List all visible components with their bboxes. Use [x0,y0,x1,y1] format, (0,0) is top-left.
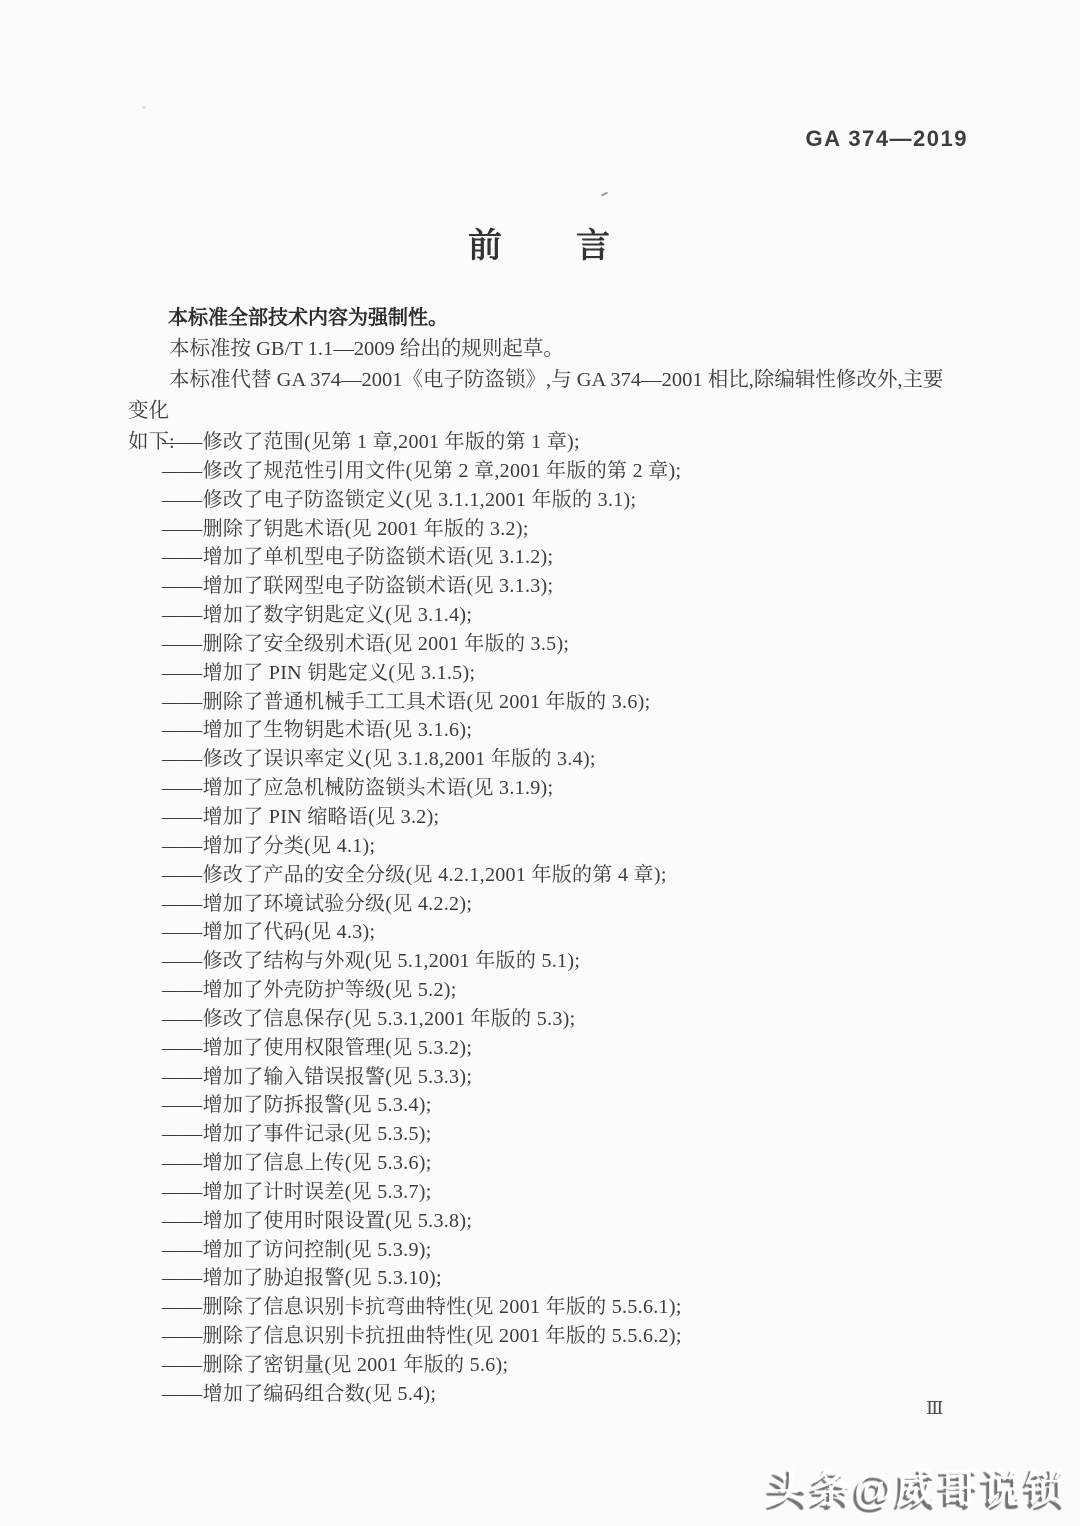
standard-code: GA 374—2019 [806,126,968,152]
change-item: ——增加了应急机械防盗锁头术语(见 3.1.9); [128,774,988,803]
change-item: ——修改了结构与外观(见 5.1,2001 年版的 5.1); [128,947,988,976]
change-item: ——增加了 PIN 缩略语(见 3.2); [128,803,988,832]
change-item: ——增加了使用权限管理(见 5.3.2); [128,1034,988,1063]
change-item: ——删除了信息识别卡抗扭曲特性(见 2001 年版的 5.5.6.2); [128,1322,988,1351]
change-item: ——修改了误识率定义(见 3.1.8,2001 年版的 3.4); [128,745,988,774]
change-item: ——增加了生物钥匙术语(见 3.1.6); [128,716,988,745]
change-list: ——修改了范围(见第 1 章,2001 年版的第 1 章);——修改了规范性引用… [128,428,988,1409]
intro-paragraph: 本标准代替 GA 374—2001《电子防盗锁》,与 GA 374—2001 相… [128,365,954,427]
change-item: ——修改了电子防盗锁定义(见 3.1.1,2001 年版的 3.1); [128,486,988,515]
change-item: ——增加了分类(见 4.1); [128,832,988,861]
change-item: ——增加了数字钥匙定义(见 3.1.4); [128,601,988,630]
change-item: ——增加了使用时限设置(见 5.3.8); [128,1207,988,1236]
change-item: ——增加了访问控制(见 5.3.9); [128,1236,988,1265]
scan-artifact [601,191,608,196]
change-item: ——增加了计时误差(见 5.3.7); [128,1178,988,1207]
intro-paragraph: 本标准全部技术内容为强制性。 [128,303,954,334]
page-title: 前 言 [0,218,1080,267]
change-item: ——增加了外壳防护等级(见 5.2); [128,976,988,1005]
change-item: ——删除了钥匙术语(见 2001 年版的 3.2); [128,515,988,544]
change-item: ——增加了编码组合数(见 5.4); [128,1380,988,1409]
change-item: ——修改了范围(见第 1 章,2001 年版的第 1 章); [128,428,988,457]
watermark: 头条@威哥说锁 [768,1457,1068,1514]
change-item: ——增加了 PIN 钥匙定义(见 3.1.5); [128,659,988,688]
change-item: ——增加了单机型电子防盗锁术语(见 3.1.2); [128,543,988,572]
change-item: ——增加了输入错误报警(见 5.3.3); [128,1063,988,1092]
change-item: ——增加了事件记录(见 5.3.5); [128,1120,988,1149]
change-item: ——修改了规范性引用文件(见第 2 章,2001 年版的第 2 章); [128,457,988,486]
change-item: ——删除了信息识别卡抗弯曲特性(见 2001 年版的 5.5.6.1); [128,1293,988,1322]
scan-artifact [142,106,146,109]
change-item: ——删除了安全级别术语(见 2001 年版的 3.5); [128,630,988,659]
document-page: GA 374—2019 前 言 本标准全部技术内容为强制性。本标准按 GB/T … [0,0,1080,1526]
change-item: ——增加了防拆报警(见 5.3.4); [128,1091,988,1120]
change-item: ——增加了代码(见 4.3); [128,918,988,947]
change-item: ——删除了普通机械手工工具术语(见 2001 年版的 3.6); [128,688,988,717]
intro-paragraph: 本标准按 GB/T 1.1—2009 给出的规则起草。 [128,334,954,365]
change-item: ——修改了产品的安全分级(见 4.2.1,2001 年版的第 4 章); [128,861,988,890]
change-item: ——增加了环境试验分级(见 4.2.2); [128,890,988,919]
page-number: Ⅲ [926,1398,943,1419]
change-item: ——修改了信息保存(见 5.3.1,2001 年版的 5.3); [128,1005,988,1034]
change-item: ——增加了信息上传(见 5.3.6); [128,1149,988,1178]
change-item: ——增加了联网型电子防盗锁术语(见 3.1.3); [128,572,988,601]
change-item: ——增加了胁迫报警(见 5.3.10); [128,1264,988,1293]
change-item: ——删除了密钥量(见 2001 年版的 5.6); [128,1351,988,1380]
